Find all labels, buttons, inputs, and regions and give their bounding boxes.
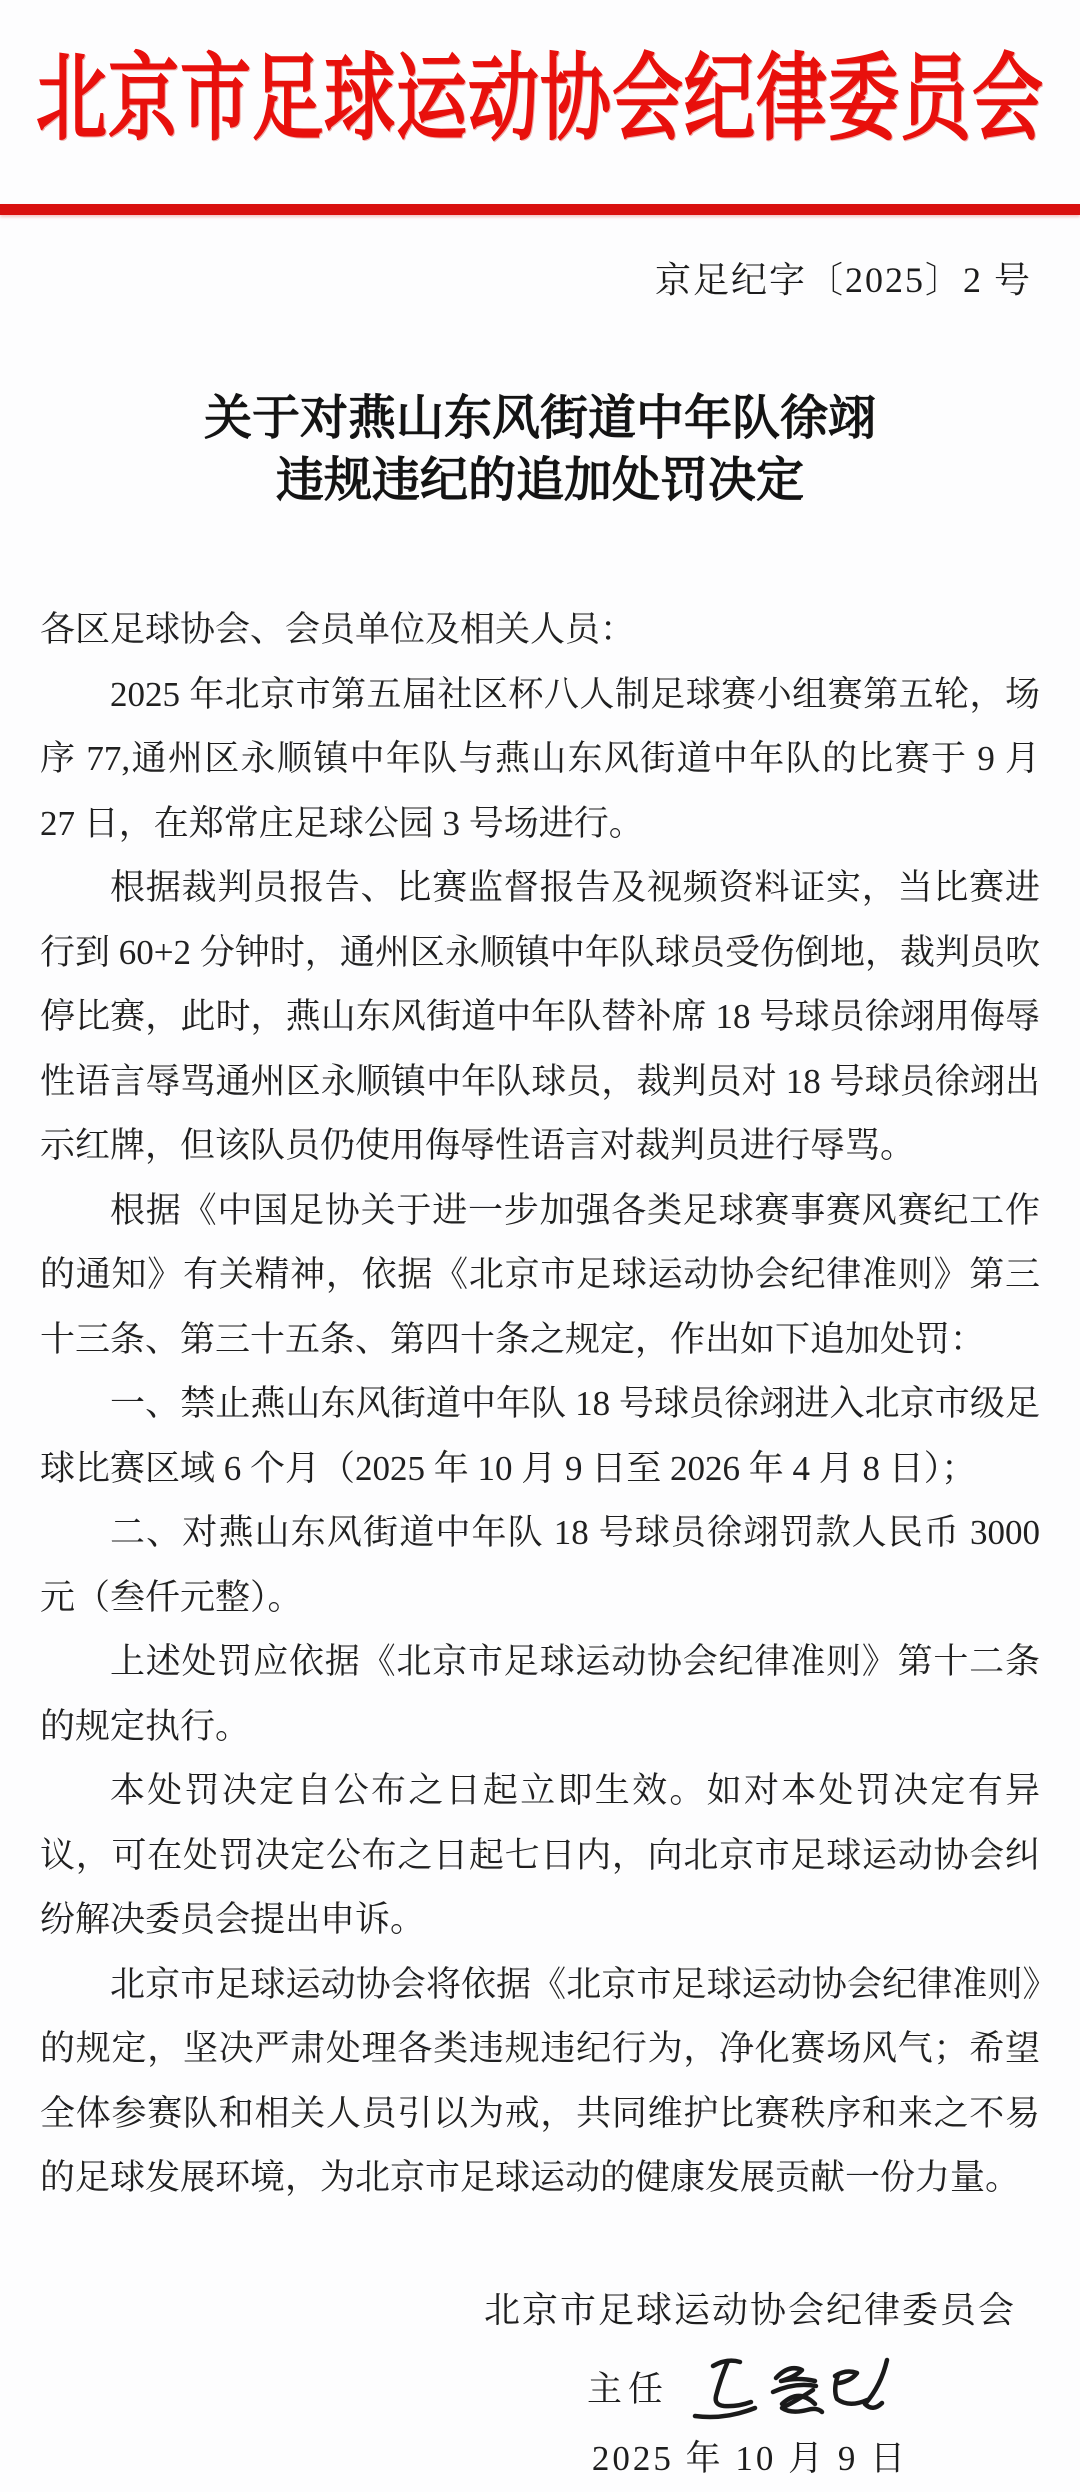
- official-document-page: 北京市足球运动协会纪律委员会 京足纪字〔2025〕2 号 关于对燕山东风街道中年…: [0, 0, 1080, 2492]
- salutation: 各区足球协会、会员单位及相关人员：: [40, 598, 1040, 663]
- signature-block: 北京市足球运动协会纪律委员会 主任: [470, 2282, 1030, 2481]
- letterhead-rule: [0, 204, 1080, 215]
- signer-role-label: 主任: [587, 2362, 669, 2412]
- paragraph-appeal: 本处罚决定自公布之日起立即生效。如对本处罚决定有异议，可在处罚决定公布之日起七日…: [40, 1759, 1040, 1953]
- paragraph-incident: 根据裁判员报告、比赛监督报告及视频资料证实，当比赛进行到 60+2 分钟时，通州…: [40, 856, 1040, 1179]
- paragraph-execution: 上述处罚应依据《北京市足球运动协会纪律准则》第十二条的规定执行。: [40, 1630, 1040, 1759]
- document-title: 关于对燕山东风街道中年队徐翊 违规违纪的追加处罚决定: [0, 388, 1080, 512]
- paragraph-penalty-2: 二、对燕山东风街道中年队 18 号球员徐翊罚款人民币 3000 元（叁仟元整）。: [40, 1501, 1040, 1630]
- paragraph-legal-basis: 根据《中国足协关于进一步加强各类足球赛事赛风赛纪工作的通知》有关精神，依据《北京…: [40, 1179, 1040, 1373]
- document-title-line1: 关于对燕山东风街道中年队徐翊: [0, 388, 1080, 450]
- paragraph-closing: 北京市足球运动协会将依据《北京市足球运动协会纪律准则》的规定，坚决严肃处理各类违…: [40, 1953, 1040, 2211]
- paragraph-match-info: 2025 年北京市第五届社区杯八人制足球赛小组赛第五轮，场序 77,通州区永顺镇…: [40, 663, 1040, 857]
- signature-row: 主任: [587, 2347, 913, 2427]
- letterhead-org-name: 北京市足球运动协会纪律委员会: [0, 20, 1080, 181]
- document-title-line2: 违规违纪的追加处罚决定: [0, 450, 1080, 512]
- document-body: 各区足球协会、会员单位及相关人员： 2025 年北京市第五届社区杯八人制足球赛小…: [40, 598, 1040, 2211]
- paragraph-penalty-1: 一、禁止燕山东风街道中年队 18 号球员徐翊进入北京市级足球比赛区域 6 个月（…: [40, 1372, 1040, 1501]
- signature-date: 2025 年 10 月 9 日: [592, 2431, 908, 2481]
- handwritten-signature-icon: [683, 2346, 913, 2428]
- document-number: 京足纪字〔2025〕2 号: [655, 252, 1032, 303]
- signature-org-name: 北京市足球运动协会纪律委员会: [484, 2282, 1016, 2333]
